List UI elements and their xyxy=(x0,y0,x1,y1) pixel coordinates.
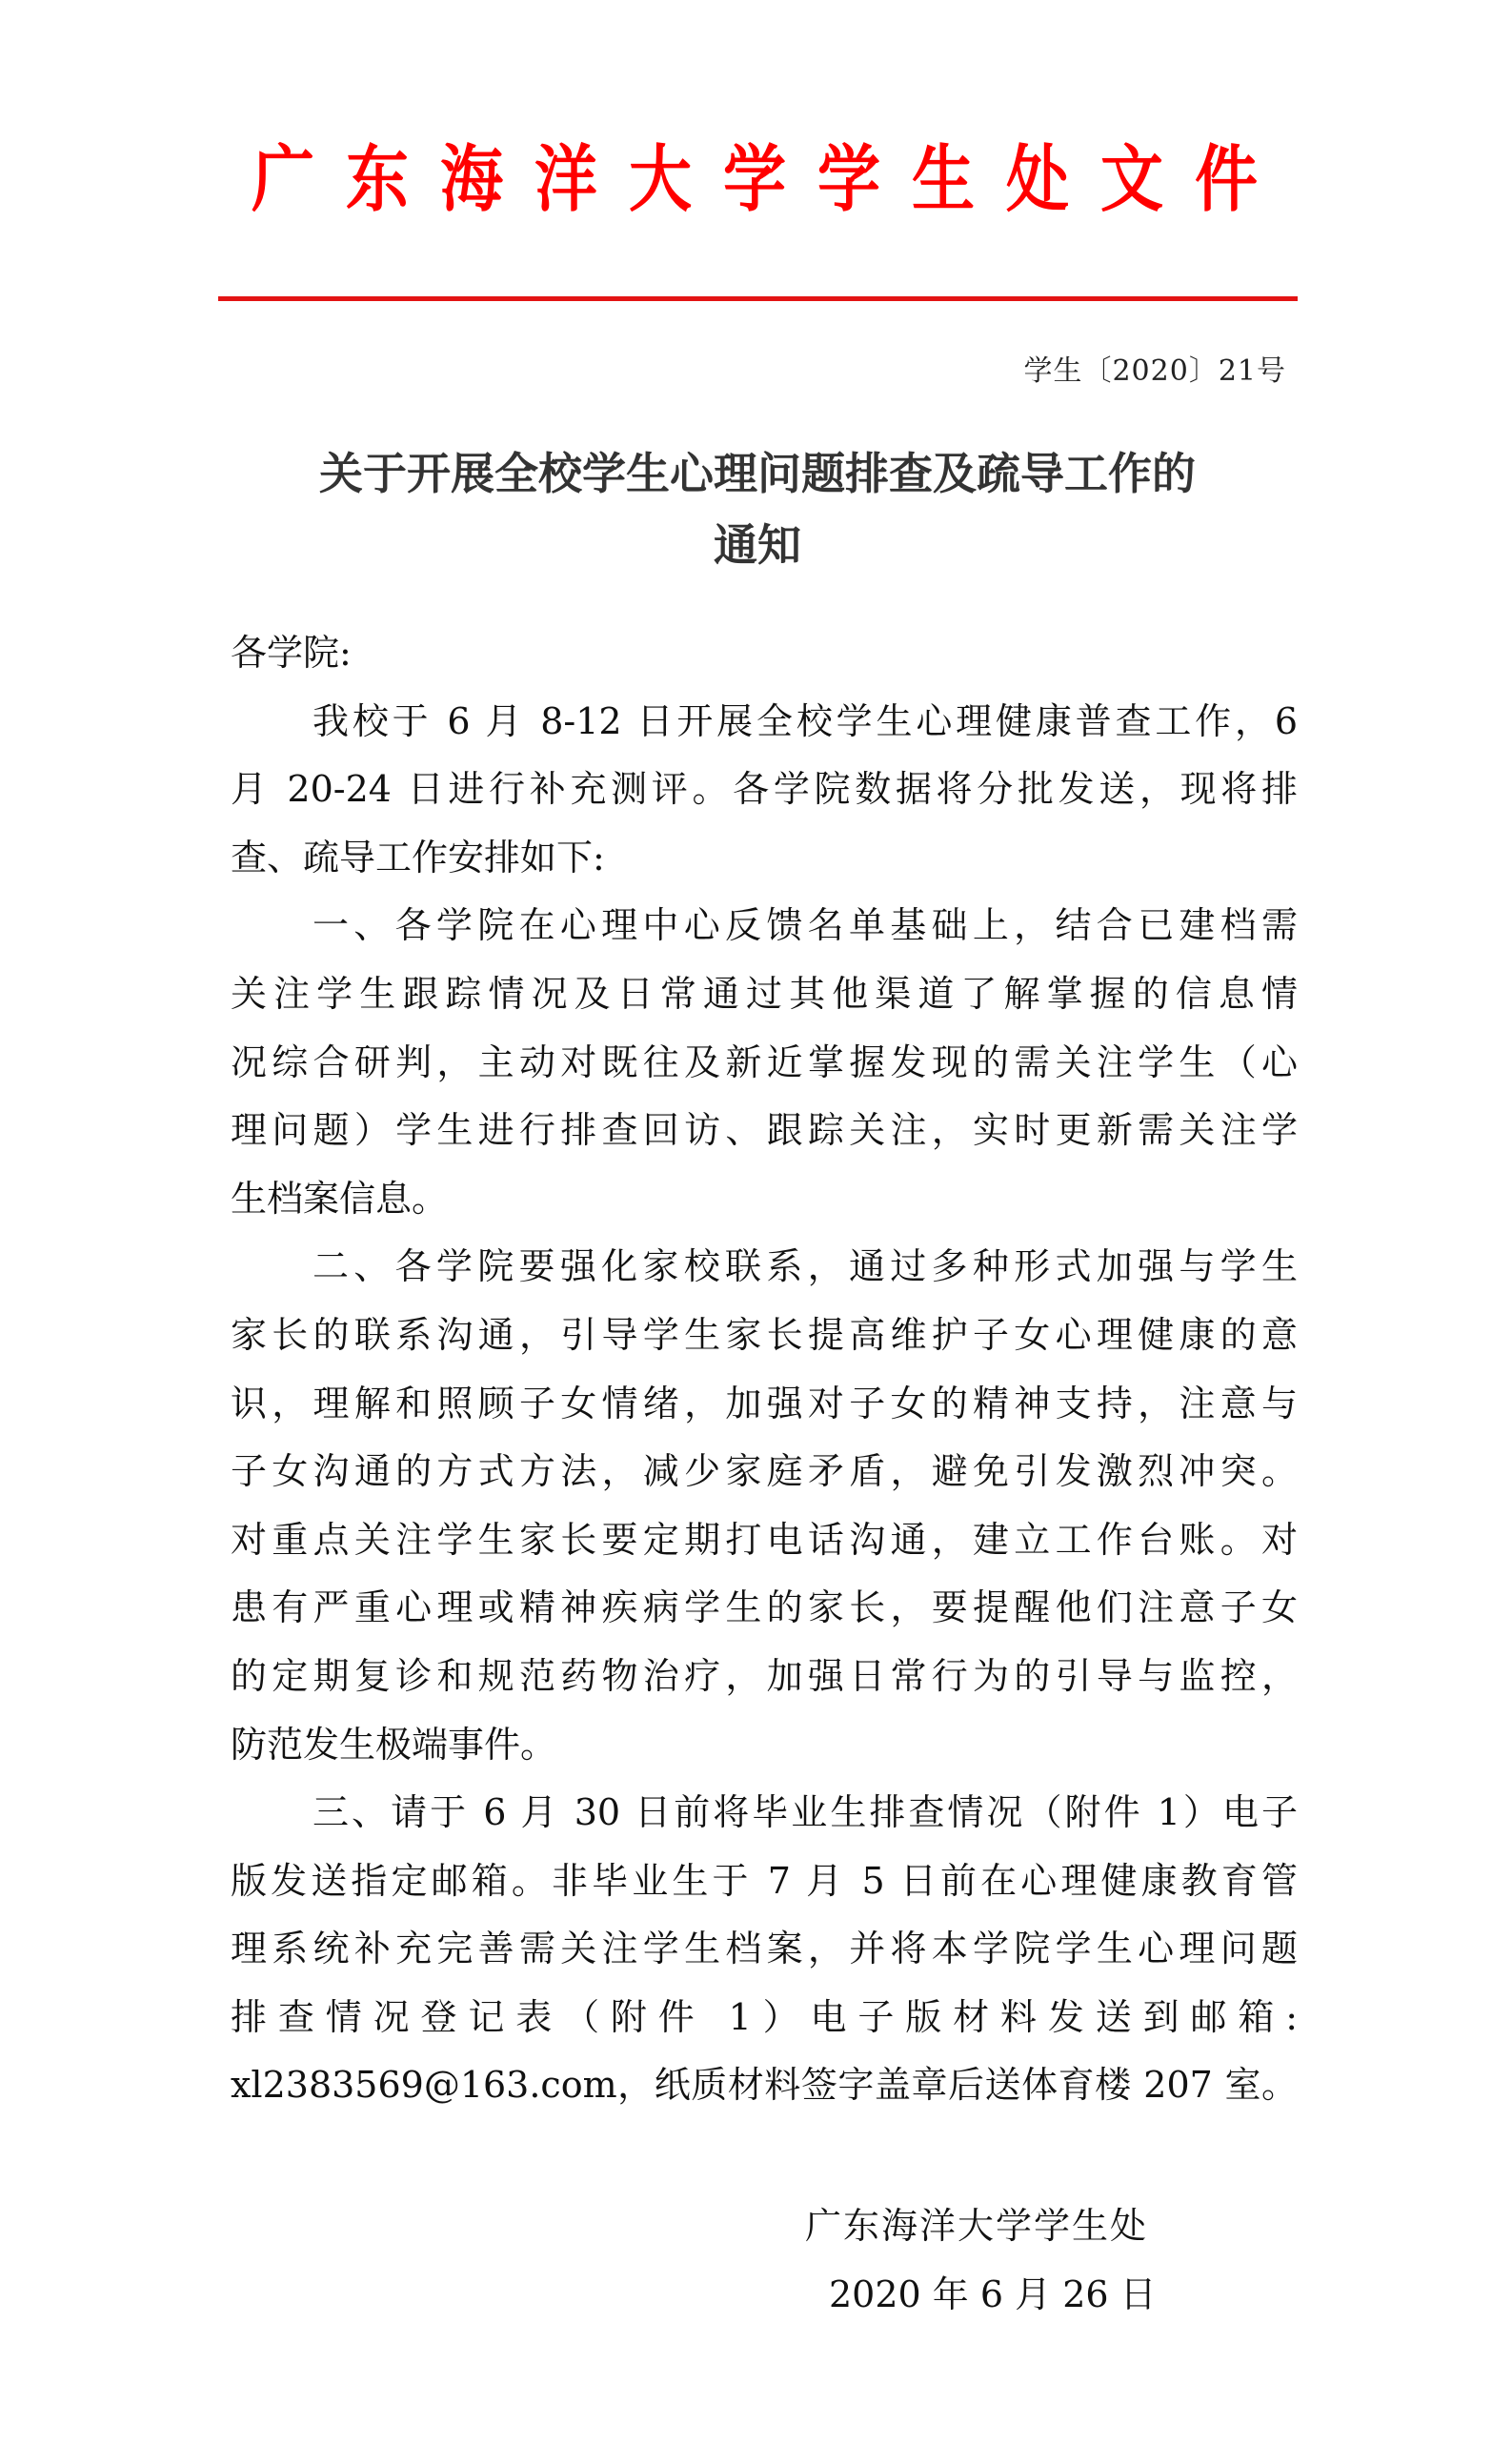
paragraph-line: 子女沟通的方式方法，减少家庭矛盾，避免引发激烈冲突。 xyxy=(231,1438,1298,1506)
paragraph-line: 三、请于 6 月 30 日前将毕业生排查情况（附件 1）电子 xyxy=(231,1779,1298,1848)
paragraph-item-1: 一、各学院在心理中心反馈名单基础上，结合已建档需 关注学生跟踪情况及日常通过其他… xyxy=(231,892,1298,1233)
masthead-char: 东 xyxy=(344,125,411,234)
paragraph-line: 关注学生跟踪情况及日常通过其他渠道了解掌握的信息情 xyxy=(231,960,1298,1029)
paragraph-line: 对重点关注学生家长要定期打电话沟通，建立工作台账。对 xyxy=(231,1506,1298,1575)
masthead-char: 文 xyxy=(1099,125,1165,234)
paragraph-intro: 我校于 6 月 8-12 日开展全校学生心理健康普查工作，6 月 20-24 日… xyxy=(231,688,1298,893)
paragraph-line: 排查情况登记表（附件 1）电子版材料发送到邮箱: xyxy=(231,1984,1298,2052)
masthead-char: 洋 xyxy=(533,125,599,234)
paragraph-line: 家长的联系沟通，引导学生家长提高维护子女心理健康的意 xyxy=(231,1302,1298,1370)
masthead-char: 大 xyxy=(627,125,694,234)
signature-date: 2020 年 6 月 26 日 xyxy=(781,2260,1181,2329)
paragraph-line: 二、各学院要强化家校联系，通过多种形式加强与学生 xyxy=(231,1233,1298,1302)
masthead-char: 学 xyxy=(816,125,882,234)
paragraph-line: 我校于 6 月 8-12 日开展全校学生心理健康普查工作，6 xyxy=(231,688,1298,757)
masthead-char: 生 xyxy=(910,125,977,234)
paragraph-line: 的定期复诊和规范药物治疗，加强日常行为的引导与监控， xyxy=(231,1643,1298,1711)
masthead-char: 广 xyxy=(250,125,316,234)
red-divider-line xyxy=(218,296,1298,301)
paragraph-line: 月 20-24 日进行补充测评。各学院数据将分批发送，现将排 xyxy=(231,756,1298,824)
paragraph-line: 理系统补充完善需关注学生档案，并将本学院学生心理问题 xyxy=(231,1915,1298,1984)
signature-organization: 广东海洋大学学生处 xyxy=(781,2191,1181,2260)
paragraph-line: 生档案信息。 xyxy=(231,1165,1298,1234)
masthead-char: 海 xyxy=(438,125,505,234)
paragraph-line: 版发送指定邮箱。非毕业生于 7 月 5 日前在心理健康教育管 xyxy=(231,1848,1298,1916)
salutation: 各学院: xyxy=(231,619,1298,688)
document-title: 关于开展全校学生心理问题排查及疏导工作的 通知 xyxy=(219,438,1296,581)
signature-block: 广东海洋大学学生处 2020 年 6 月 26 日 xyxy=(781,2191,1181,2329)
paragraph-line: 况综合研判，主动对既往及新近掌握发现的需关注学生（心 xyxy=(231,1029,1298,1098)
paragraph-line: 识，理解和照顾子女情绪，加强对子女的精神支持，注意与 xyxy=(231,1370,1298,1439)
paragraph-line-email: xl2383569@163.com，纸质材料签字盖章后送体育楼 207 室。 xyxy=(231,2051,1298,2120)
document-body: 各学院: 我校于 6 月 8-12 日开展全校学生心理健康普查工作，6 月 20… xyxy=(231,619,1298,2120)
masthead-char: 处 xyxy=(1004,125,1071,234)
document-number: 学生〔2020〕21号 xyxy=(953,348,1286,395)
masthead-char: 学 xyxy=(721,125,788,234)
title-line: 关于开展全校学生心理问题排查及疏导工作的 xyxy=(219,438,1296,510)
paragraph-line: 查、疏导工作安排如下: xyxy=(231,824,1298,893)
paragraph-item-2: 二、各学院要强化家校联系，通过多种形式加强与学生 家长的联系沟通，引导学生家长提… xyxy=(231,1233,1298,1779)
paragraph-item-3: 三、请于 6 月 30 日前将毕业生排查情况（附件 1）电子 版发送指定邮箱。非… xyxy=(231,1779,1298,2120)
paragraph-line: 患有严重心理或精神疾病学生的家长，要提醒他们注意子女 xyxy=(231,1574,1298,1643)
paragraph-line: 防范发生极端事件。 xyxy=(231,1711,1298,1780)
masthead-title: 广 东 海 洋 大 学 学 生 处 文 件 xyxy=(250,131,1260,227)
paragraph-line: 理问题）学生进行排查回访、跟踪关注，实时更新需关注学 xyxy=(231,1097,1298,1165)
document-page: 广 东 海 洋 大 学 学 生 处 文 件 学生〔2020〕21号 关于开展全校… xyxy=(0,0,1512,2464)
masthead-char: 件 xyxy=(1193,125,1260,234)
paragraph-line: 一、各学院在心理中心反馈名单基础上，结合已建档需 xyxy=(231,892,1298,960)
title-line: 通知 xyxy=(219,510,1296,581)
